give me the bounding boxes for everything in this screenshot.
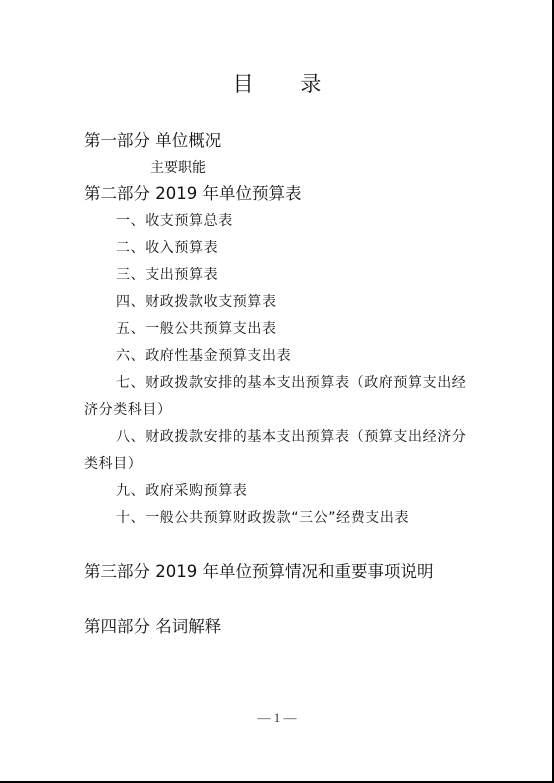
toc-item-4[interactable]: 四、财政拨款收支预算表 [116, 291, 277, 311]
toc-item-6[interactable]: 六、政府性基金预算支出表 [116, 345, 291, 365]
toc-item-8[interactable]: 八、财政拨款安排的基本支出预算表（预算支出经济分 [116, 426, 466, 446]
toc-item-3[interactable]: 三、支出预算表 [116, 264, 218, 284]
toc-item-9[interactable]: 九、政府采购预算表 [116, 480, 247, 500]
toc-item-7[interactable]: 七、财政拨款安排的基本支出预算表（政府预算支出经 [116, 372, 466, 392]
toc-item-main-functions[interactable]: 主要职能 [150, 157, 206, 177]
toc-part-3[interactable]: 第三部分 2019 年单位预算情况和重要事项说明 [84, 558, 433, 582]
document-page: 目 录 第一部分 单位概况 主要职能 第二部分 2019 年单位预算表 一、收支… [0, 0, 554, 783]
toc-title: 目 录 [0, 68, 554, 98]
toc-item-2[interactable]: 二、收入预算表 [116, 237, 218, 257]
toc-item-8-continued[interactable]: 类科目） [84, 453, 142, 473]
toc-item-10[interactable]: 十、一般公共预算财政拨款“三公”经费支出表 [116, 507, 409, 527]
toc-item-1[interactable]: 一、收支预算总表 [116, 210, 233, 230]
toc-item-7-continued[interactable]: 济分类科目） [84, 399, 172, 419]
toc-part-1[interactable]: 第一部分 单位概况 [84, 127, 221, 151]
toc-part-4[interactable]: 第四部分 名词解释 [84, 613, 221, 637]
toc-part-2[interactable]: 第二部分 2019 年单位预算表 [84, 180, 301, 204]
toc-item-5[interactable]: 五、一般公共预算支出表 [116, 318, 277, 338]
page-number: — 1 — [0, 710, 554, 726]
